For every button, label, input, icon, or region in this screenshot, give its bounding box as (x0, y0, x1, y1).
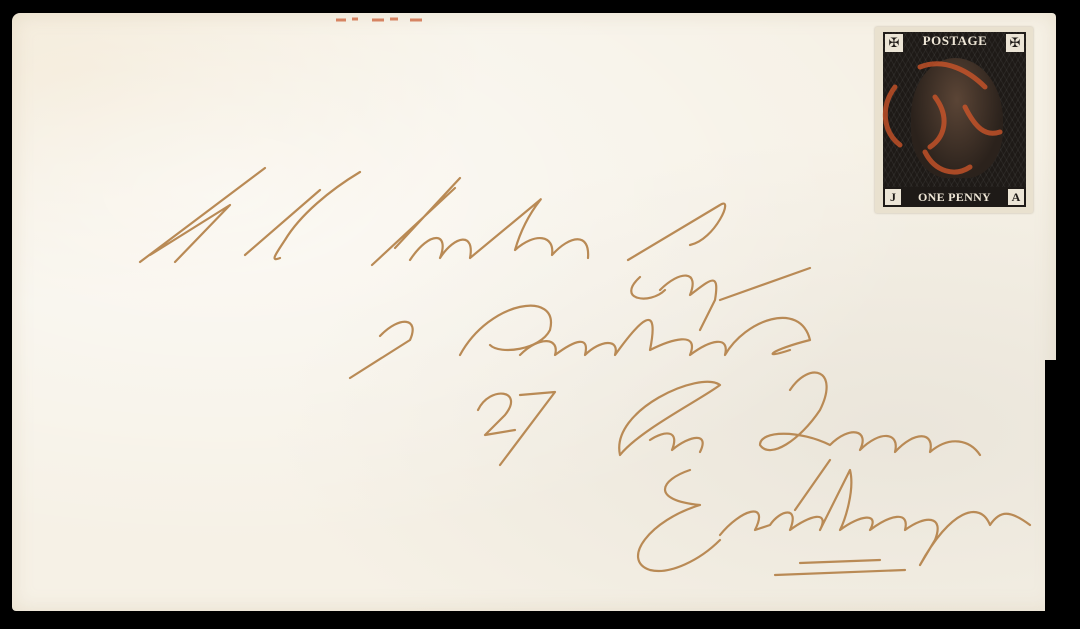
address-line-3-strokes (478, 373, 980, 510)
maltese-cross-cancellation (875, 27, 1033, 213)
address-line-1-strokes (140, 168, 810, 330)
penny-black-stamp: ✠ ✠ POSTAGE J ONE PENNY A (875, 27, 1033, 213)
address-line-2-strokes (350, 306, 810, 378)
address-line-4-strokes (638, 470, 1030, 575)
